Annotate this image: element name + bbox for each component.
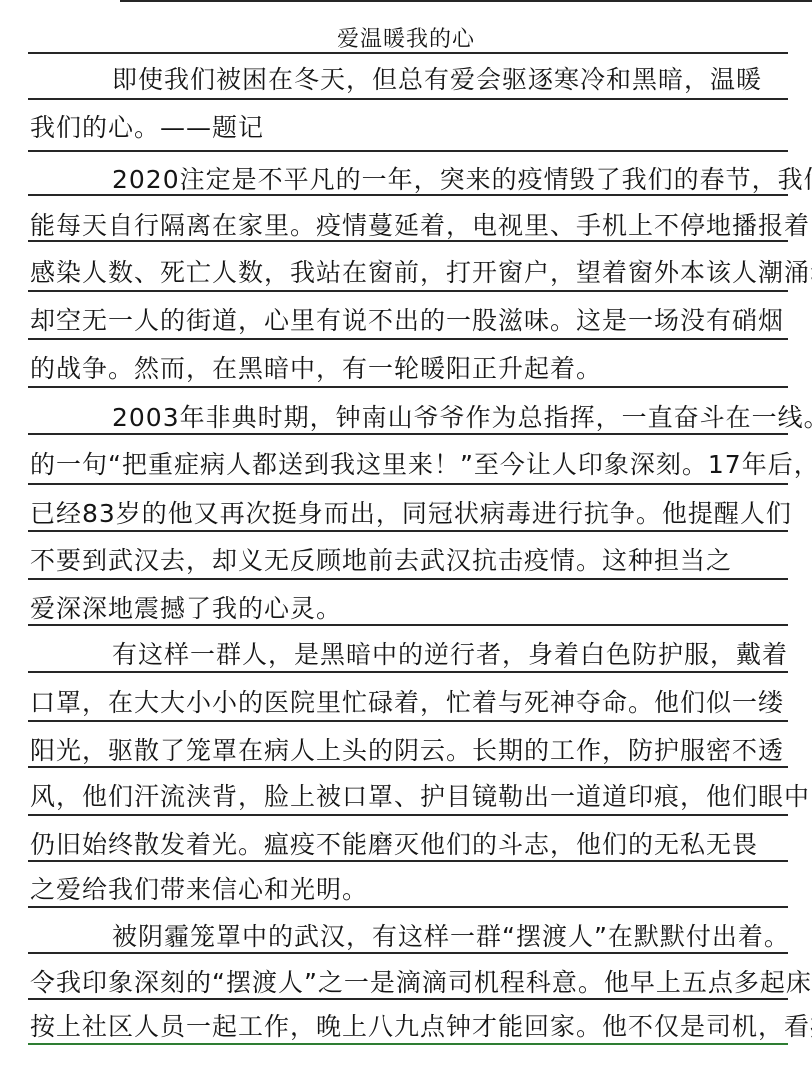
ruled-line <box>28 194 788 196</box>
ruled-line <box>28 952 788 954</box>
essay-line: 感染人数、死亡人数，我站在窗前，打开窗户，望着窗外本该人潮涌动 <box>30 258 790 288</box>
essay-line: 的一句“把重症病人都送到我这里来！”至今让人印象深刻。17年后， <box>30 450 790 480</box>
handwritten-essay-page: 爱温暖我的心 即使我们被困在冬天，但总有爱会驱逐寒冷和黑暗，温暖 我们的心。——… <box>0 0 812 1077</box>
ruled-line <box>28 814 788 816</box>
ruled-line <box>28 766 788 768</box>
ruled-line <box>28 530 788 532</box>
essay-line: 已经83岁的他又再次挺身而出，同冠状病毒进行抗争。他提醒人们 <box>30 499 790 529</box>
ruled-line <box>28 150 788 152</box>
ruled-line <box>28 720 788 722</box>
essay-line: 阳光，驱散了笼罩在病人上头的阴云。长期的工作，防护服密不透 <box>30 736 790 766</box>
ruled-line <box>28 240 788 242</box>
essay-line: 却空无一人的街道，心里有说不出的一股滋味。这是一场没有硝烟 <box>30 306 790 336</box>
ruled-line <box>28 671 788 673</box>
essay-line: 2003年非典时期，钟南山爷爷作为总指挥，一直奋斗在一线。他 <box>30 403 812 433</box>
essay-line: 爱深深地震撼了我的心灵。 <box>30 594 790 624</box>
ruled-line <box>28 1043 788 1045</box>
ruled-line <box>28 624 788 626</box>
ruled-line <box>28 98 788 100</box>
essay-line: 能每天自行隔离在家里。疫情蔓延着，电视里、手机上不停地播报着 <box>30 211 790 241</box>
essay-line: 2020注定是不平凡的一年，突来的疫情毁了我们的春节，我们只 <box>30 165 812 195</box>
essay-line: 按上社区人员一起工作，晚上八九点钟才能回家。他不仅是司机，看病 <box>30 1012 790 1042</box>
essay-line: 不要到武汉去，却义无反顾地前去武汉抗击疫情。这种担当之 <box>30 546 790 576</box>
essay-line: 之爱给我们带来信心和光明。 <box>30 875 790 905</box>
essay-line: 即使我们被困在冬天，但总有爱会驱逐寒冷和黑暗，温暖 <box>30 65 812 95</box>
ruled-line <box>28 578 788 580</box>
ruled-line <box>28 338 788 340</box>
ruled-line <box>28 433 788 435</box>
ruled-line <box>28 386 788 388</box>
essay-line: 令我印象深刻的“摆渡人”之一是滴滴司机程科意。他早上五点多起床， <box>30 968 790 998</box>
ruled-line <box>28 906 788 908</box>
essay-line: 有这样一群人，是黑暗中的逆行者，身着白色防护服，戴着 <box>30 640 812 670</box>
essay-title: 爱温暖我的心 <box>0 22 812 53</box>
ruled-line <box>28 483 788 485</box>
essay-line: 被阴霾笼罩中的武汉，有这样一群“摆渡人”在默默付出着。 <box>30 922 812 952</box>
essay-line: 口罩，在大大小小的医院里忙碌着，忙着与死神夺命。他们似一缕 <box>30 688 790 718</box>
essay-line: 风，他们汗流浃背，脸上被口罩、护目镜勒出一道道印痕，他们眼中 <box>30 782 790 812</box>
ruled-line <box>28 998 788 1000</box>
ruled-line <box>28 860 788 862</box>
essay-line: 我们的心。——题记 <box>30 113 790 143</box>
essay-line: 的战争。然而，在黑暗中，有一轮暖阳正升起着。 <box>30 354 790 384</box>
ruled-line <box>28 290 788 292</box>
essay-line: 仍旧始终散发着光。瘟疫不能磨灭他们的斗志，他们的无私无畏 <box>30 830 790 860</box>
ruled-line <box>120 0 812 2</box>
ruled-line <box>28 52 788 54</box>
